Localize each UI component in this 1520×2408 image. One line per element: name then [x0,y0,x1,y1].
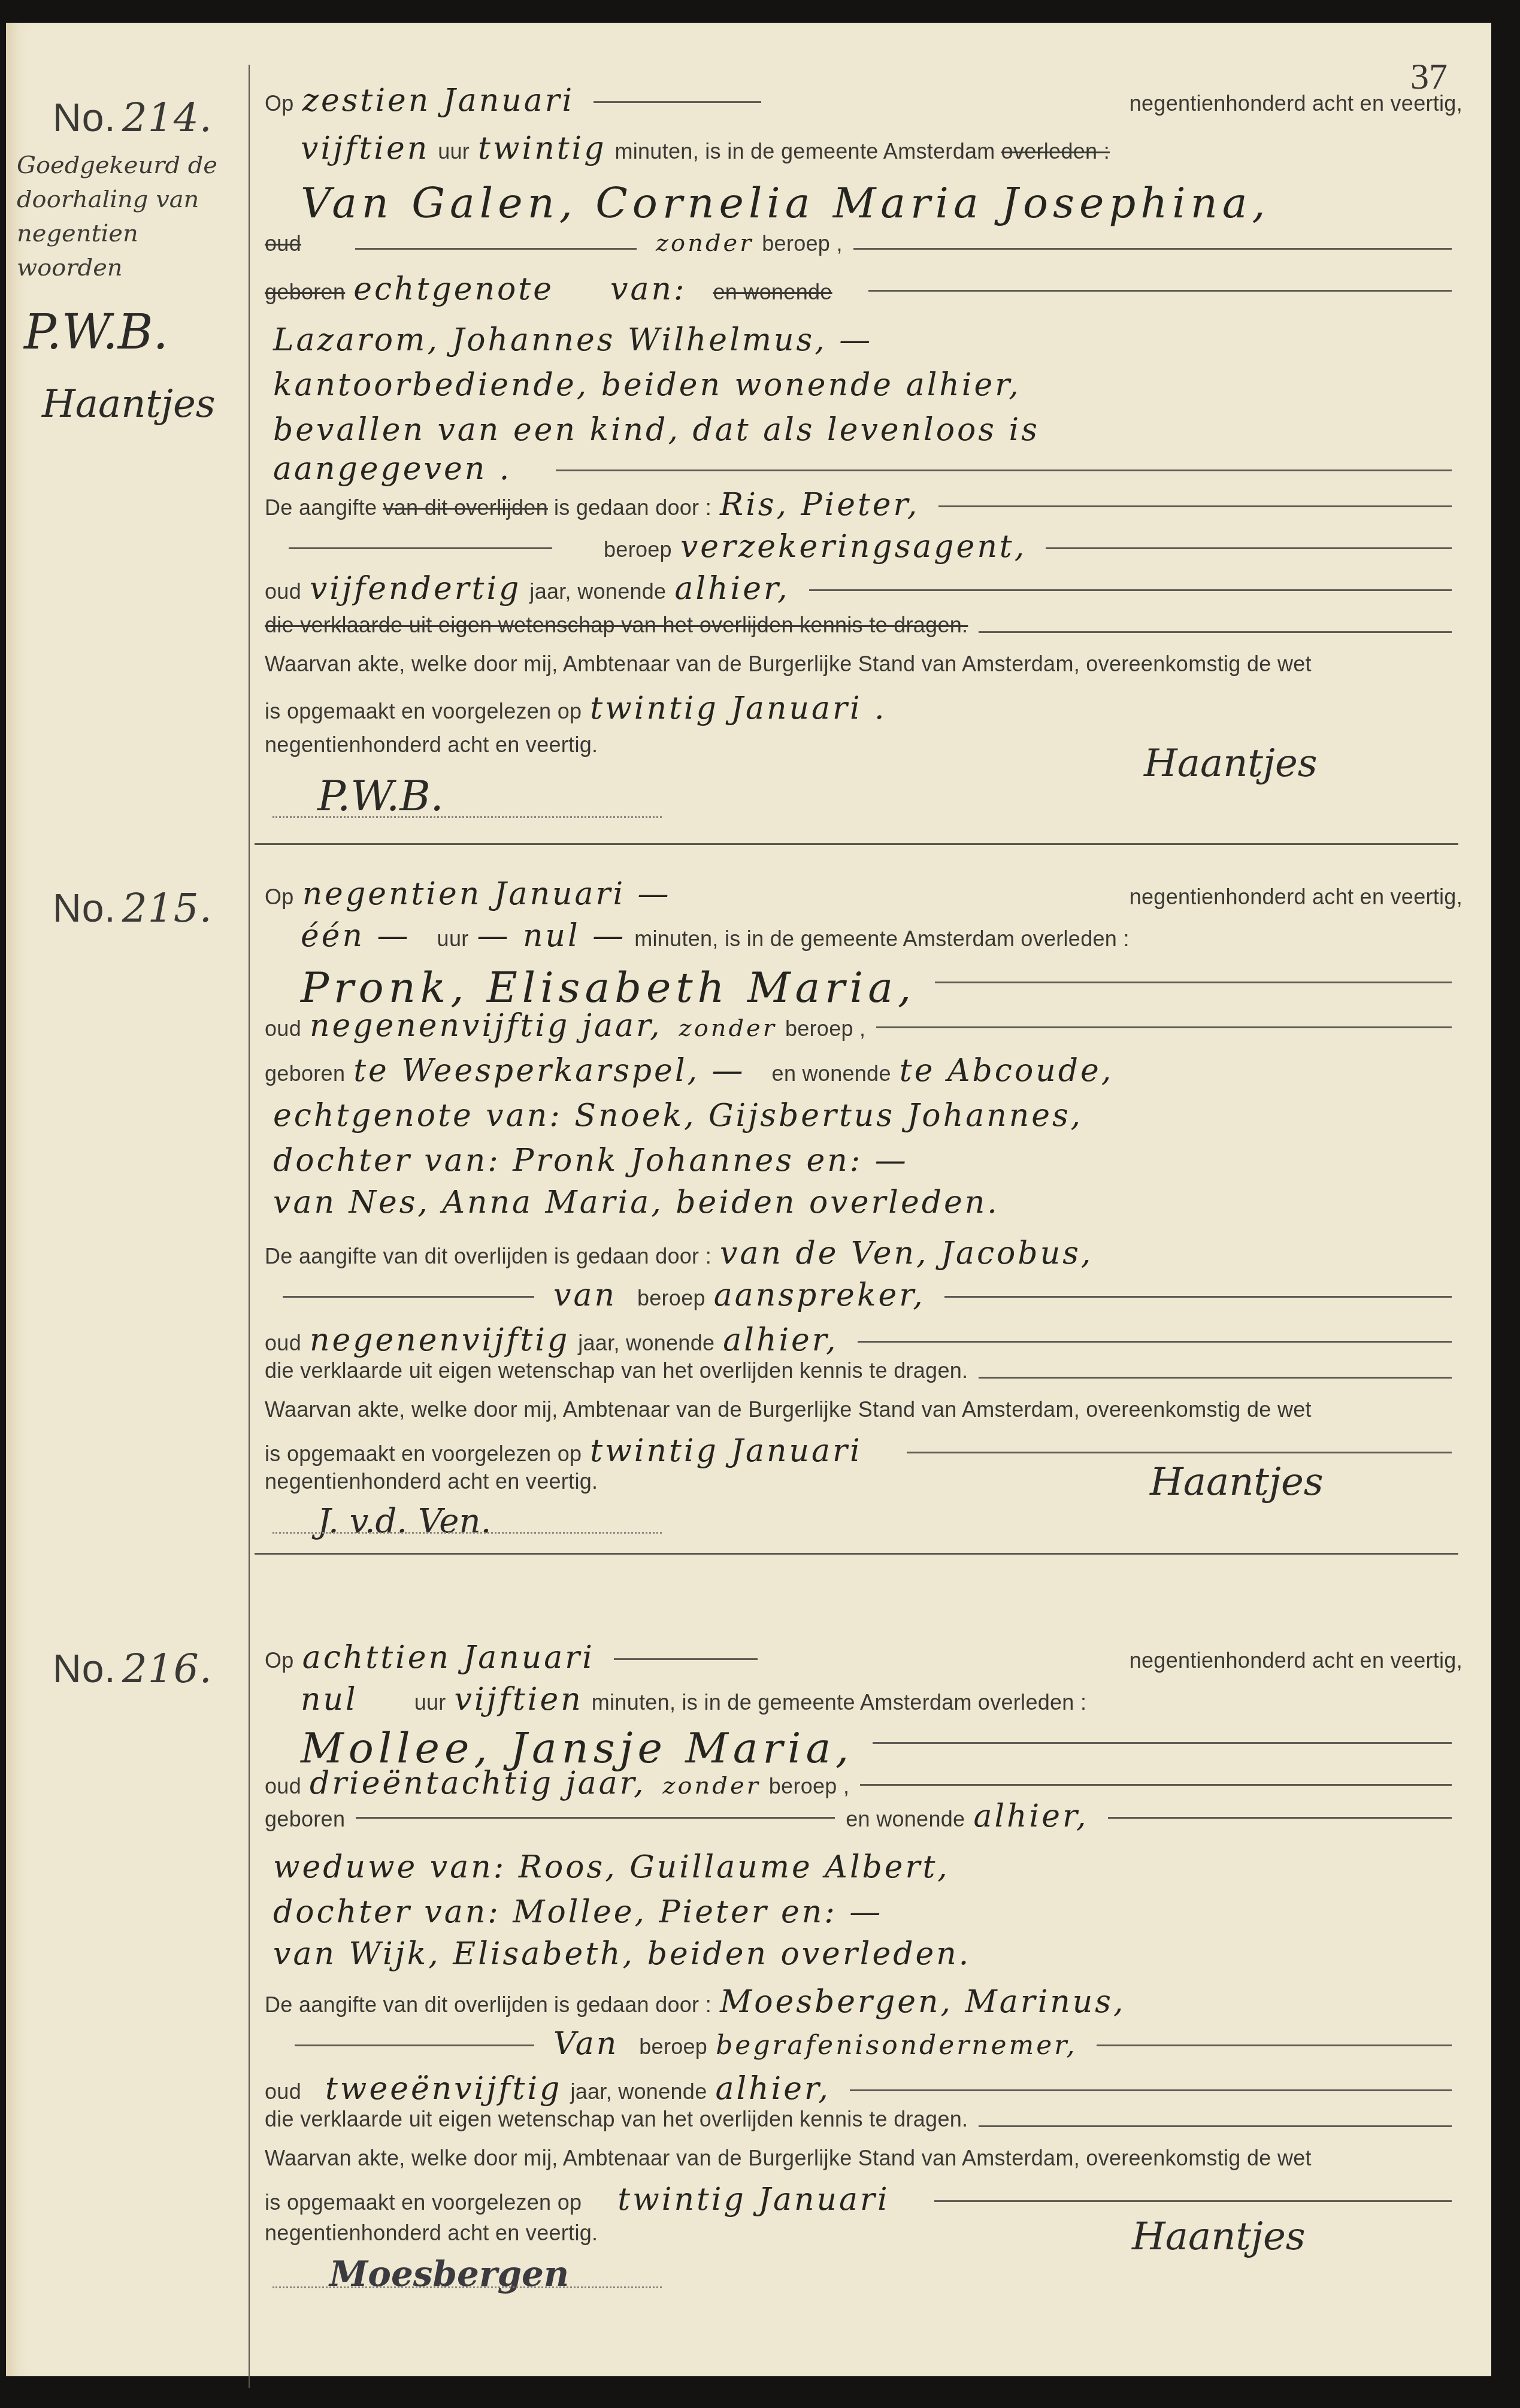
margin-rule [249,65,250,2388]
drawn-up-date: twintig Januari . [590,690,886,726]
relation-text: Lazarom, Johannes Wilhelmus, — [273,322,873,358]
minutes: — nul — [477,918,626,954]
deceased-name: Van Galen, Cornelia Maria Josephina, [301,178,1270,228]
fill-line [944,1296,1452,1298]
fill-line [979,631,1452,633]
label-beroep: beroep , [785,1016,866,1041]
time-line: één — uur — nul — minuten, is in de geme… [265,918,1463,956]
signature-dotted-line [272,1532,662,1534]
fill-line [907,1452,1452,1453]
label-year: negentienhonderd acht en veertig, [1130,885,1463,910]
fill-line [1046,547,1452,549]
entry-separator [255,843,1458,845]
label-minuten: minuten, is in de gemeente Amsterdam [614,139,995,164]
declarant-name: Ris, Pieter, [720,487,919,523]
fill-line [355,248,637,250]
date-line: Op achttien Januari negentienhonderd ach… [265,1640,1463,1678]
label-closing-year: negentienhonderd acht en veertig. [265,732,598,758]
born-line: geboren te Weesperkarspel, — en wonende … [265,1053,1463,1091]
declarant-van: Van [553,2026,619,2062]
declarant-age: tweeënvijftig [325,2071,562,2107]
signature-dotted-line [272,816,662,818]
relation-text: bevallen van een kind, dat als levenloos… [273,412,1040,448]
relation-line-3: van Nes, Anna Maria, beiden overleden. [265,1185,1463,1223]
label-oud: oud [265,1774,301,1799]
label-oud: oud [265,579,301,604]
label-op: Op [265,885,294,910]
hour: vijftien [301,131,429,166]
born: echtgenote [353,271,554,307]
waarvan-line: Waarvan akte, welke door mij, Ambtenaar … [265,652,1463,690]
declarant-age-line: oud tweeënvijftig jaar, wonende alhier, [265,2071,1463,2109]
relation-line-4: aangegeven . [265,451,1463,489]
margin-signature-official: Haantjes [42,382,216,426]
official-signature: Haantjes [1132,2215,1306,2259]
label-van-dit-overlijden-struck: van dit overlijden [383,495,548,520]
occupation: zonder [656,229,753,257]
time-line: nul uur vijftien minuten, is in de gemee… [265,1682,1463,1720]
hour: nul [301,1682,358,1718]
label-jaar-wonende: jaar, wonende [570,2079,707,2104]
born-line: geboren en wonende alhier, [265,1798,1463,1837]
relation-line-2: dochter van: Mollee, Pieter en: — [265,1894,1463,1933]
declaration-line: die verklaarde uit eigen wetenschap van … [265,1358,1463,1397]
label-en-wonende: en wonende [846,1807,965,1832]
label-van-dit-overlijden: van dit overlijden [383,1244,548,1269]
fill-line [356,1817,835,1819]
declarant-occupation-line: Van beroep begrafenisondernemer, [265,2026,1463,2064]
declarant-line: De aangifte van dit overlijden is gedaan… [265,1235,1463,1274]
fill-line [876,1026,1452,1028]
label-year: negentienhonderd acht en veertig, [1130,1648,1463,1673]
label-geboren: geboren [265,1061,345,1086]
declarant-line: De aangifte van dit overlijden is gedaan… [265,487,1463,525]
residence: alhier, [973,1798,1088,1834]
fill-line [809,589,1452,591]
name-line: Mollee, Jansje Maria, [265,1724,1463,1762]
label-jaar-wonende: jaar, wonende [529,579,666,604]
declarant-residence: alhier, [723,1322,838,1358]
relation-line-1: Lazarom, Johannes Wilhelmus, — [265,322,1463,361]
label-opgemaakt: is opgemaakt en voorgelezen op [265,2190,582,2215]
label-op: Op [265,1648,294,1673]
label-opgemaakt: is opgemaakt en voorgelezen op [265,1441,582,1467]
no-label: No. [53,1646,116,1691]
declarant-occupation-line: van beroep aanspreker, [265,1277,1463,1316]
declarant-residence: alhier, [674,571,789,607]
time-line: vijftien uur twintig minuten, is in de g… [265,131,1463,169]
label-beroep: beroep [639,2034,707,2059]
fill-line [614,1658,758,1660]
residence: te Abcoude, [900,1053,1114,1089]
entry-no: 216. [122,1646,213,1692]
label-closing-year: negentienhonderd acht en veertig. [265,2221,598,2246]
fill-line [283,1296,534,1298]
label-verklaarde: die verklaarde uit eigen wetenschap van … [265,1358,968,1383]
relation-line-3: bevallen van een kind, dat als levenloos… [265,412,1463,450]
label-opgemaakt: is opgemaakt en voorgelezen op [265,699,582,724]
fill-line [934,2200,1452,2202]
declarant-name: Moesbergen, Marinus, [720,1984,1125,2020]
declarant-residence: alhier, [715,2071,830,2107]
relation-line-1: echtgenote van: Snoek, Gijsbertus Johann… [265,1098,1463,1136]
label-uur: uur [414,1690,446,1715]
age-occupation-line: oud negenenvijftig jaar, zonder beroep , [265,1008,1463,1046]
fill-line [850,2089,1452,2091]
label-beroep: beroep , [769,1774,850,1799]
declarant-signature: P.W.B. [317,771,444,820]
fill-line [873,1742,1452,1744]
day-month: zestien Januari [302,83,575,119]
signature-dotted-line [272,2286,662,2288]
label-geboren-struck: geboren [265,280,345,305]
occupation: zonder [679,1014,777,1042]
label-closing-year: negentienhonderd acht en veertig. [265,1469,598,1494]
declarant-van: van [553,1277,617,1313]
fill-line [979,1377,1452,1379]
day-month: negentien Januari — [302,876,671,912]
drawn-up-date: twintig Januari [617,2182,889,2218]
label-aangifte: De aangifte [265,495,377,520]
label-oud-struck: oud [265,231,301,256]
declaration-line: die verklaarde uit eigen wetenschap van … [265,2107,1463,2145]
label-jaar-wonende: jaar, wonende [578,1331,714,1356]
no-label: No. [53,95,116,140]
entry-number: No.215. [53,885,213,931]
declarant-occupation: verzekeringsagent, [680,529,1027,565]
relation-text: van Wijk, Elisabeth, beiden overleden. [273,1936,971,1972]
label-uur: uur [437,926,469,952]
deceased-name: Pronk, Elisabeth Maria, [301,963,916,1012]
relation-text: dochter van: Pronk Johannes en: — [273,1143,909,1179]
label-en-wonende: en wonende [772,1061,891,1086]
minutes: twintig [478,131,606,166]
declarant-age-line: oud negenenvijftig jaar, wonende alhier, [265,1322,1463,1361]
fill-line [594,101,761,103]
name-line: Pronk, Elisabeth Maria, [265,963,1463,1001]
fill-line [1108,1817,1452,1819]
relation-line-2: kantoorbediende, beiden wonende alhier, [265,367,1463,405]
no-label: No. [53,886,116,930]
label-op: Op [265,91,294,116]
label-overleden-struck: overleden : [1001,139,1110,164]
entry-no: 215. [122,885,213,931]
label-geboren: geboren [265,1807,345,1832]
relation-text: dochter van: Mollee, Pieter en: — [273,1894,883,1930]
register-page: 37 No.214. Goedgekeurd de doorhaling van… [6,23,1491,2376]
label-waarvan: Waarvan akte, welke door mij, Ambtenaar … [265,1397,1312,1422]
label-gedaan-door: is gedaan door : [554,1992,711,2018]
fill-line [289,547,552,549]
label-year: negentienhonderd acht en veertig, [1130,91,1463,116]
label-gedaan-door: is gedaan door : [554,495,711,520]
fill-line [935,982,1452,983]
relation-text: aangegeven . [273,451,511,487]
age: drieëntachtig jaar, [310,1765,646,1801]
declarant-occupation: aanspreker, [714,1277,925,1313]
entry-number: No.214. [53,95,213,141]
label-beroep: beroep [604,537,672,562]
age: negenenvijftig jaar, [310,1008,662,1044]
born-line: geboren echtgenote van: en wonende [265,271,1463,310]
name-line: Van Galen, Cornelia Maria Josephina, [265,178,1463,217]
official-signature: Haantjes [1144,741,1318,786]
entry-no: 214. [122,95,213,141]
label-gedaan-door: is gedaan door : [554,1244,711,1269]
declarant-occupation: begrafenisondernemer, [716,2030,1077,2061]
waarvan-line: Waarvan akte, welke door mij, Ambtenaar … [265,2146,1463,2184]
relation-line-3: van Wijk, Elisabeth, beiden overleden. [265,1936,1463,1974]
declarant-age: negenenvijftig [310,1322,570,1358]
day-month: achttien Januari [302,1640,595,1676]
label-van-dit-overlijden: van dit overlijden [383,1992,548,2018]
occupation: zonder [662,1772,760,1800]
official-signature: Haantjes [1150,1460,1324,1504]
label-verklaarde: die verklaarde uit eigen wetenschap van … [265,2107,968,2132]
label-minuten: minuten, is in de gemeente Amsterdam [634,926,1015,952]
relation-line-1: weduwe van: Roos, Guillaume Albert, [265,1849,1463,1888]
relation-line-2: dochter van: Pronk Johannes en: — [265,1143,1463,1181]
fill-line [868,290,1452,292]
label-waarvan: Waarvan akte, welke door mij, Ambtenaar … [265,2146,1312,2171]
fill-line [295,2044,534,2046]
label-uur: uur [438,139,470,164]
declarant-signature: J. v.d. Ven. [317,1502,491,1541]
declarant-occupation-line: beroep verzekeringsagent, [265,529,1463,567]
declaration-line: die verklaarde uit eigen wetenschap van … [265,613,1463,651]
date-line: Op negentien Januari — negentienhonderd … [265,876,1463,914]
label-waarvan: Waarvan akte, welke door mij, Ambtenaar … [265,652,1312,677]
relation-text: van Nes, Anna Maria, beiden overleden. [273,1185,1000,1220]
label-overleden: overleden : [978,1690,1086,1715]
fill-line [556,470,1452,471]
date-line: Op zestien Januari negentienhonderd acht… [265,83,1463,121]
relation-text: echtgenote van: Snoek, Gijsbertus Johann… [273,1098,1083,1134]
born: te Weesperkarspel, — [353,1053,745,1089]
label-oud: oud [265,1331,301,1356]
drawn-up-line: is opgemaakt en voorgelezen op twintig J… [265,690,1463,729]
relation-text: kantoorbediende, beiden wonende alhier, [273,367,1021,403]
label-wonende-struck: en wonende [713,280,832,305]
declarant-age: vijfendertig [310,571,521,607]
fill-line [938,505,1452,507]
declarant-age-line: oud vijfendertig jaar, wonende alhier, [265,571,1463,609]
label-overleden: overleden : [1021,926,1129,952]
waarvan-line: Waarvan akte, welke door mij, Ambtenaar … [265,1397,1463,1435]
declarant-line: De aangifte van dit overlijden is gedaan… [265,1984,1463,2022]
label-beroep: beroep , [762,231,843,256]
age-occupation-line: oud zonder beroep , [265,229,1463,268]
relation-van: van: [610,271,686,307]
label-oud: oud [265,2079,301,2104]
hour: één — [301,918,411,954]
label-oud: oud [265,1016,301,1041]
margin-note: Goedgekeurd de doorhaling van negentien … [17,149,244,285]
minutes: vijftien [455,1682,583,1718]
fill-line [1097,2044,1452,2046]
label-aangifte: De aangifte [265,1992,377,2018]
label-verklaarde-struck: die verklaarde uit eigen wetenschap van … [265,613,968,638]
margin-signature-initials: P.W.B. [24,304,168,360]
declarant-name: van de Ven, Jacobus, [720,1235,1093,1271]
fill-line [979,2125,1452,2127]
entry-number: No.216. [53,1646,213,1692]
fill-line [860,1784,1452,1786]
relation-text: weduwe van: Roos, Guillaume Albert, [273,1849,950,1885]
drawn-up-date: twintig Januari [590,1433,862,1469]
label-beroep: beroep [637,1286,706,1311]
entry-separator [255,1553,1458,1555]
label-aangifte: De aangifte [265,1244,377,1269]
label-minuten: minuten, is in de gemeente Amsterdam [592,1690,972,1715]
fill-line [858,1341,1452,1343]
fill-line [853,248,1452,250]
